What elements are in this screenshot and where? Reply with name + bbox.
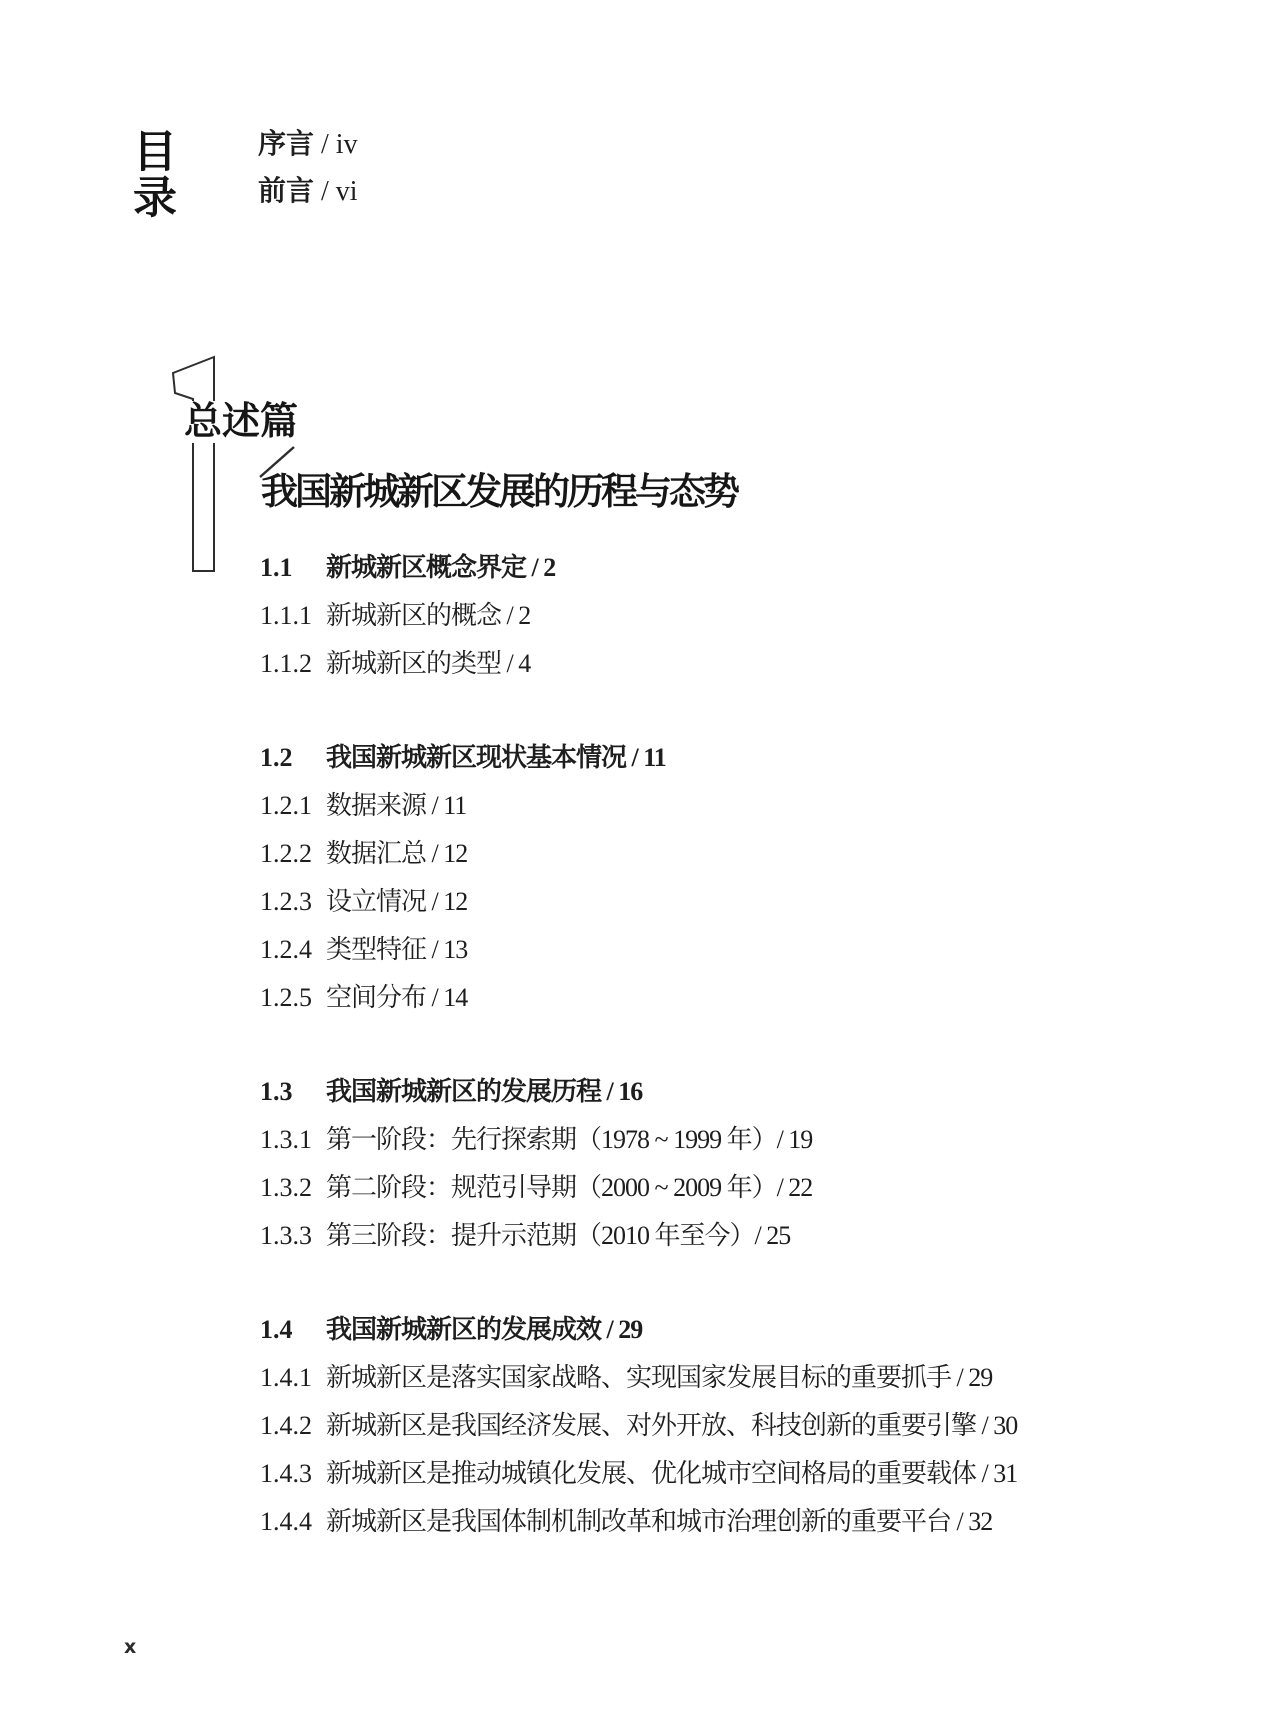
front-matter-label: 序言 — [258, 129, 314, 160]
toc-list: 1.1 新城新区概念界定 / 2 1.1.1 新城新区的概念 / 2 1.1.2… — [260, 552, 1160, 1538]
toc-entry-number: 1.2.4 — [260, 934, 326, 966]
toc-entry: 1.3.3 第三阶段：提升示范期（2010 年至今）/ 25 — [260, 1220, 1160, 1252]
toc-entry: 1.1.1 新城新区的概念 / 2 — [260, 600, 1160, 632]
toc-entry-number: 1.4 — [260, 1314, 326, 1346]
toc-entry: 1.1 新城新区概念界定 / 2 — [260, 552, 1160, 584]
front-matter-label: 前言 — [258, 176, 314, 207]
toc-entry-title: 我国新城新区的发展历程 / 16 — [326, 1076, 642, 1108]
toc-entry: 1.2.3 设立情况 / 12 — [260, 886, 1160, 918]
front-matter: 序言 / iv 前言 / vi — [258, 130, 358, 224]
toc-entry: 1.2.4 类型特征 / 13 — [260, 934, 1160, 966]
toc-entry-title: 我国新城新区现状基本情况 / 11 — [326, 742, 666, 774]
toc-entry-number: 1.1 — [260, 552, 326, 584]
toc-entry-title: 数据汇总 / 12 — [326, 838, 467, 870]
toc-entry-number: 1.4.4 — [260, 1506, 326, 1538]
toc-entry: 1.3 我国新城新区的发展历程 / 16 — [260, 1076, 1160, 1108]
front-matter-page: / iv — [314, 129, 358, 160]
part-number-numeral — [170, 354, 218, 574]
toc-entry-number: 1.3 — [260, 1076, 326, 1108]
toc-entry: 1.4.2 新城新区是我国经济发展、对外开放、科技创新的重要引擎 / 30 — [260, 1410, 1160, 1442]
toc-entry: 1.3.2 第二阶段：规范引导期（2000 ~ 2009 年）/ 22 — [260, 1172, 1160, 1204]
toc-entry: 1.4.3 新城新区是推动城镇化发展、优化城市空间格局的重要载体 / 31 — [260, 1458, 1160, 1490]
toc-entry-number: 1.2 — [260, 742, 326, 774]
toc-entry: 1.4.1 新城新区是落实国家战略、实现国家发展目标的重要抓手 / 29 — [260, 1362, 1160, 1394]
toc-entry-number: 1.4.2 — [260, 1410, 326, 1442]
toc-entry: 1.2.1 数据来源 / 11 — [260, 790, 1160, 822]
toc-entry-number: 1.2.1 — [260, 790, 326, 822]
toc-entry: 1.2.5 空间分布 / 14 — [260, 982, 1160, 1014]
toc-entry-number: 1.1.2 — [260, 648, 326, 680]
toc-entry-number: 1.4.1 — [260, 1362, 326, 1394]
chapter-title: 我国新城新区发展的历程与态势 — [261, 473, 737, 513]
toc-entry: 1.1.2 新城新区的类型 / 4 — [260, 648, 1160, 680]
toc-entry: 1.4 我国新城新区的发展成效 / 29 — [260, 1314, 1160, 1346]
toc-entry-number: 1.1.1 — [260, 600, 326, 632]
toc-entry-number: 1.2.3 — [260, 886, 326, 918]
toc-entry-title: 空间分布 / 14 — [326, 982, 467, 1014]
toc-entry: 1.2.2 数据汇总 / 12 — [260, 838, 1160, 870]
front-matter-page: / vi — [314, 176, 358, 207]
toc-entry-title: 新城新区是推动城镇化发展、优化城市空间格局的重要载体 / 31 — [326, 1458, 1017, 1490]
toc-entry-title: 新城新区概念界定 / 2 — [326, 552, 555, 584]
toc-entry-title: 新城新区是我国经济发展、对外开放、科技创新的重要引擎 / 30 — [326, 1410, 1017, 1442]
toc-entry-title: 第一阶段：先行探索期（1978 ~ 1999 年）/ 19 — [326, 1124, 812, 1156]
toc-entry-title: 类型特征 / 13 — [326, 934, 467, 966]
toc-entry: 1.4.4 新城新区是我国体制机制改革和城市治理创新的重要平台 / 32 — [260, 1506, 1160, 1538]
toc-entry-title: 第三阶段：提升示范期（2010 年至今）/ 25 — [326, 1220, 790, 1252]
toc-entry: 1.2 我国新城新区现状基本情况 / 11 — [260, 742, 1160, 774]
toc-entry-number: 1.4.3 — [260, 1458, 326, 1490]
toc-entry: 1.3.1 第一阶段：先行探索期（1978 ~ 1999 年）/ 19 — [260, 1124, 1160, 1156]
toc-entry-title: 我国新城新区的发展成效 / 29 — [326, 1314, 642, 1346]
page-number: x — [124, 1636, 136, 1658]
toc-entry-title: 新城新区的概念 / 2 — [326, 600, 530, 632]
toc-entry-title: 新城新区是我国体制机制改革和城市治理创新的重要平台 / 32 — [326, 1506, 992, 1538]
toc-entry-number: 1.2.2 — [260, 838, 326, 870]
front-matter-entry: 前言 / vi — [258, 177, 358, 207]
toc-entry-number: 1.3.3 — [260, 1220, 326, 1252]
part-label: 总述篇 — [184, 401, 301, 443]
toc-page: 目录 序言 / iv 前言 / vi 总述篇 我国新城新区发展的历程与态势 1.… — [0, 0, 1279, 1730]
toc-entry-title: 设立情况 / 12 — [326, 886, 467, 918]
toc-entry-title: 新城新区的类型 / 4 — [326, 648, 530, 680]
toc-entry-title: 数据来源 / 11 — [326, 790, 466, 822]
toc-entry-number: 1.3.1 — [260, 1124, 326, 1156]
front-matter-entry: 序言 / iv — [258, 130, 358, 160]
toc-entry-title: 新城新区是落实国家战略、实现国家发展目标的重要抓手 / 29 — [326, 1362, 992, 1394]
toc-entry-number: 1.2.5 — [260, 982, 326, 1014]
toc-entry-number: 1.3.2 — [260, 1172, 326, 1204]
toc-mark: 目录 — [128, 128, 172, 220]
toc-entry-title: 第二阶段：规范引导期（2000 ~ 2009 年）/ 22 — [326, 1172, 812, 1204]
